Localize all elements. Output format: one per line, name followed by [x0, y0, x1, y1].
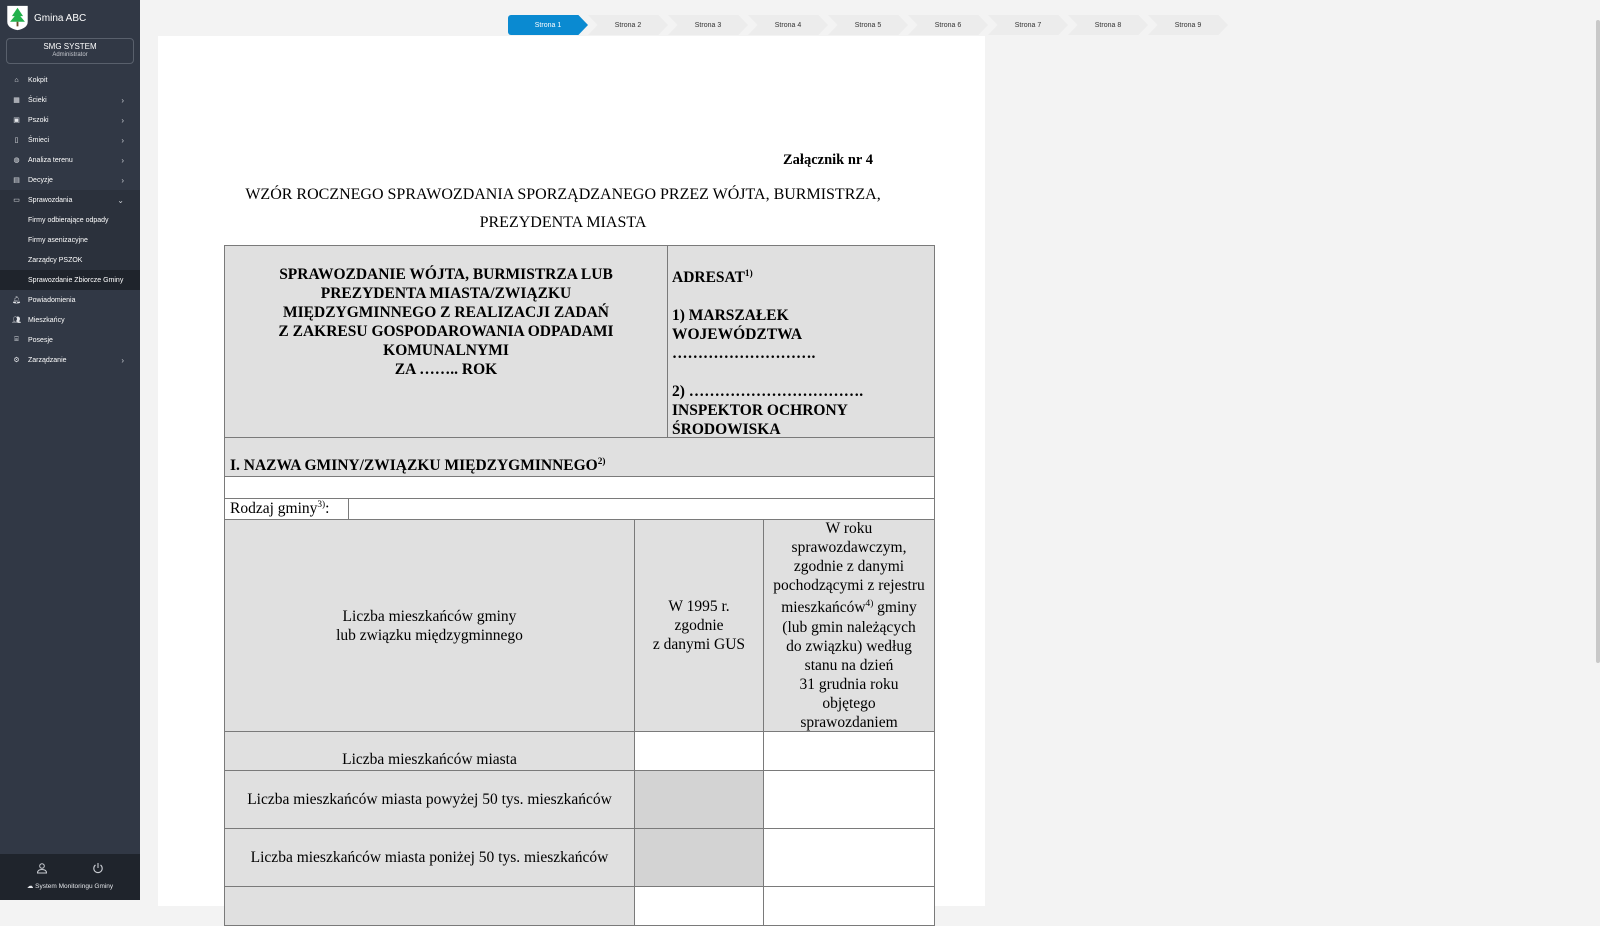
- chevron-right-icon: ›: [121, 136, 124, 145]
- addressee-line: 2) …………………………….: [672, 382, 934, 401]
- population-row-header: Liczba mieszkańców gminy lub związku mię…: [224, 519, 635, 732]
- header-line: z danymi GUS: [653, 635, 745, 654]
- chevron-right-icon: ›: [121, 156, 124, 165]
- folder-icon: ▭: [12, 196, 21, 205]
- addressee-line: 1) MARSZAŁEK: [672, 306, 934, 325]
- gear-icon: ⚙: [12, 356, 21, 365]
- system-name: SMG SYSTEM: [7, 42, 133, 51]
- sidebar-item-label: Powiadomienia: [28, 297, 75, 304]
- heading-line: SPRAWOZDANIE WÓJTA, BURMISTRZA LUB: [279, 265, 613, 284]
- sidebar-item-label: Decyzje: [28, 177, 53, 184]
- table-cell-year[interactable]: [763, 886, 935, 900]
- page-scrollbar[interactable]: [1596, 20, 1600, 663]
- building-icon: ⌸: [12, 336, 21, 345]
- cloud-icon: ☁︎: [27, 883, 34, 890]
- annex-label: Załącznik nr 4: [783, 152, 873, 169]
- step-1[interactable]: Strona 1: [508, 15, 588, 35]
- municipality-type-label: Rodzaj gminy3):: [224, 498, 349, 520]
- sidebar-item-pszoki[interactable]: ▣Pszoki›: [0, 110, 140, 130]
- heading-line: MIĘDZYGMINNEGO Z REALIZACJI ZADAŃ: [283, 303, 609, 322]
- table-cell-1995-disabled: [634, 770, 764, 829]
- home-icon: ⌂: [12, 76, 21, 85]
- sidebar-subitem-label: Firmy odbierające odpady: [28, 217, 109, 224]
- sidebar-item-posesje[interactable]: ⌸Posesje: [0, 330, 140, 350]
- sidebar-item-label: Sprawozdania: [28, 197, 72, 204]
- header-line: objętego: [822, 694, 875, 713]
- header-line: pochodzącymi z rejestru: [773, 576, 925, 595]
- sidebar-item-powiadomienia[interactable]: 🔔︎Powiadomienia: [0, 290, 140, 310]
- header-line: do związku) według: [786, 637, 912, 656]
- table-cell-1995-disabled: [634, 828, 764, 887]
- addressee-label: ADRESAT1): [672, 265, 934, 287]
- document-title: WZÓR ROCZNEGO SPRAWOZDANIA SPORZĄDZANEGO…: [218, 181, 908, 237]
- users-icon: 👥︎: [12, 316, 21, 325]
- header-line: zgodnie z danymi: [794, 557, 904, 576]
- table-cell-1995[interactable]: [634, 731, 764, 771]
- step-8[interactable]: Strona 8: [1068, 15, 1148, 35]
- municipality-name-field[interactable]: [224, 476, 935, 499]
- table-cell-year[interactable]: [763, 770, 935, 829]
- sidebar-subitem-label: Sprawozdanie Zbiorcze Gminy: [28, 277, 123, 284]
- sidebar: Gmina ABC SMG SYSTEM Administrator ⌂Kokp…: [0, 0, 140, 900]
- sidebar-subitem-firmy-asenizacyjne[interactable]: Firmy asenizacyjne: [0, 230, 140, 250]
- sidebar-item-scieki[interactable]: ▦Ścieki›: [0, 90, 140, 110]
- sidebar-subitem-label: Firmy asenizacyjne: [28, 237, 88, 244]
- header-line: Liczba mieszkańców gminy: [343, 607, 517, 626]
- title-line-2: PREZYDENTA MIASTA: [218, 209, 908, 237]
- title-line-1: WZÓR ROCZNEGO SPRAWOZDANIA SPORZĄDZANEGO…: [218, 181, 908, 209]
- table-row-label: Liczba mieszkańców miasta powyżej 50 tys…: [224, 770, 635, 829]
- step-6[interactable]: Strona 6: [908, 15, 988, 35]
- header-line: W 1995 r.: [668, 597, 729, 616]
- bell-icon: 🔔︎: [12, 296, 21, 305]
- header-line: lub związku międzygminnego: [336, 626, 523, 645]
- sidebar-item-kokpit[interactable]: ⌂Kokpit: [0, 70, 140, 90]
- chevron-right-icon: ›: [121, 116, 124, 125]
- sidebar-subitem-sprawozdanie-zbiorcze[interactable]: Sprawozdanie Zbiorcze Gminy: [0, 270, 140, 290]
- sidebar-footer: ☁︎ System Monitoringu Gminy: [0, 854, 140, 900]
- sidebar-item-label: Zarządzanie: [28, 357, 67, 364]
- document-page: Załącznik nr 4 WZÓR ROCZNEGO SPRAWOZDANI…: [158, 36, 985, 900]
- header-line: 31 grudnia roku: [799, 675, 898, 694]
- table-row-label: Liczba mieszkańców miasta: [224, 731, 635, 771]
- sidebar-item-label: Pszoki: [28, 117, 49, 124]
- page-steps: Strona 1 Strona 2 Strona 3 Strona 4 Stro…: [508, 15, 1228, 35]
- sidebar-item-label: Mieszkańcy: [28, 317, 65, 324]
- table-cell-year[interactable]: [763, 731, 935, 771]
- step-3[interactable]: Strona 3: [668, 15, 748, 35]
- sidebar-item-label: Ścieki: [28, 97, 47, 104]
- sidebar-item-label: Śmieci: [28, 137, 49, 144]
- system-user-box[interactable]: SMG SYSTEM Administrator: [6, 38, 134, 64]
- sidebar-item-sprawozdania[interactable]: ▭Sprawozdania⌄: [0, 190, 140, 210]
- sidebar-subitem-firmy-odbierajace[interactable]: Firmy odbierające odpady: [0, 210, 140, 230]
- sidebar-item-decyzje[interactable]: ▤Decyzje›: [0, 170, 140, 190]
- sidebar-subitem-label: Zarządcy PSZOK: [28, 257, 82, 264]
- report-heading-cell: SPRAWOZDANIE WÓJTA, BURMISTRZA LUB PREZY…: [224, 245, 668, 438]
- heading-line: KOMUNALNYMI: [383, 341, 509, 360]
- sidebar-item-mieszkancy[interactable]: 👥︎Mieszkańcy: [0, 310, 140, 330]
- step-4[interactable]: Strona 4: [748, 15, 828, 35]
- addressee-line: INSPEKTOR OCHRONY: [672, 401, 934, 420]
- heading-line: ZA …….. ROK: [395, 360, 497, 379]
- sidebar-subitem-zarzadcy-pszok[interactable]: Zarządcy PSZOK: [0, 250, 140, 270]
- header-line: sprawozdawczym,: [792, 538, 907, 557]
- power-logout-icon[interactable]: [92, 862, 104, 877]
- section-1-heading: I. NAZWA GMINY/ZWIĄZKU MIĘDZYGMINNEGO2): [224, 437, 935, 477]
- file-icon: ▤: [12, 176, 21, 185]
- sidebar-nav: ⌂Kokpit ▦Ścieki› ▣Pszoki› ▯Śmieci› ◍Anal…: [0, 70, 140, 370]
- header-line: stanu na dzień: [805, 656, 894, 675]
- footer-caption: System Monitoringu Gminy: [35, 883, 113, 890]
- table-cell-1995[interactable]: [634, 886, 764, 900]
- header-line: mieszkańców4) gminy: [781, 595, 917, 617]
- column-reporting-year-header: W roku sprawozdawczym, zgodnie z danymi …: [763, 519, 935, 732]
- brand-name: Gmina ABC: [34, 13, 86, 24]
- user-profile-icon[interactable]: [36, 862, 48, 877]
- sidebar-item-zarzadzanie[interactable]: ⚙Zarządzanie›: [0, 350, 140, 370]
- brand[interactable]: Gmina ABC: [0, 0, 140, 36]
- addressee-cell: ADRESAT1) 1) MARSZAŁEK WOJEWÓDZTWA ………………: [667, 245, 935, 438]
- column-1995-header: W 1995 r. zgodnie z danymi GUS: [634, 519, 764, 732]
- addressee-line: ……………………….: [672, 344, 934, 363]
- header-line: W roku: [826, 519, 873, 538]
- sidebar-item-analiza-terenu[interactable]: ◍Analiza terenu›: [0, 150, 140, 170]
- table-cell-year[interactable]: [763, 828, 935, 887]
- sidebar-item-label: Analiza terenu: [28, 157, 73, 164]
- chevron-down-icon: ⌄: [117, 196, 124, 205]
- trash-icon: ▯: [12, 136, 21, 145]
- table-row-label-next: [224, 886, 635, 900]
- step-5[interactable]: Strona 5: [828, 15, 908, 35]
- header-line: (lub gmin należących: [782, 618, 915, 637]
- chevron-right-icon: ›: [121, 176, 124, 185]
- user-role: Administrator: [7, 52, 133, 58]
- header-line: zgodnie: [674, 616, 723, 635]
- heading-line: PREZYDENTA MIASTA/ZWIĄZKU: [321, 284, 571, 303]
- tree-logo-icon: [6, 5, 29, 31]
- sidebar-item-smieci[interactable]: ▯Śmieci›: [0, 130, 140, 150]
- step-9[interactable]: Strona 9: [1148, 15, 1228, 35]
- sidebar-item-label: Kokpit: [28, 77, 47, 84]
- municipality-type-field[interactable]: [348, 498, 935, 520]
- sidebar-item-label: Posesje: [28, 337, 53, 344]
- globe-icon: ◍: [12, 156, 21, 165]
- grid-icon: ▦: [12, 96, 21, 105]
- table-row-label: Liczba mieszkańców miasta poniżej 50 tys…: [224, 828, 635, 887]
- addressee-line: WOJEWÓDZTWA: [672, 325, 934, 344]
- document-icon: ▣: [12, 116, 21, 125]
- header-line: sprawozdaniem: [800, 713, 897, 732]
- step-2[interactable]: Strona 2: [588, 15, 668, 35]
- heading-line: Z ZAKRESU GOSPODAROWANIA ODPADAMI: [278, 322, 613, 341]
- chevron-right-icon: ›: [121, 96, 124, 105]
- chevron-right-icon: ›: [121, 356, 124, 365]
- step-7[interactable]: Strona 7: [988, 15, 1068, 35]
